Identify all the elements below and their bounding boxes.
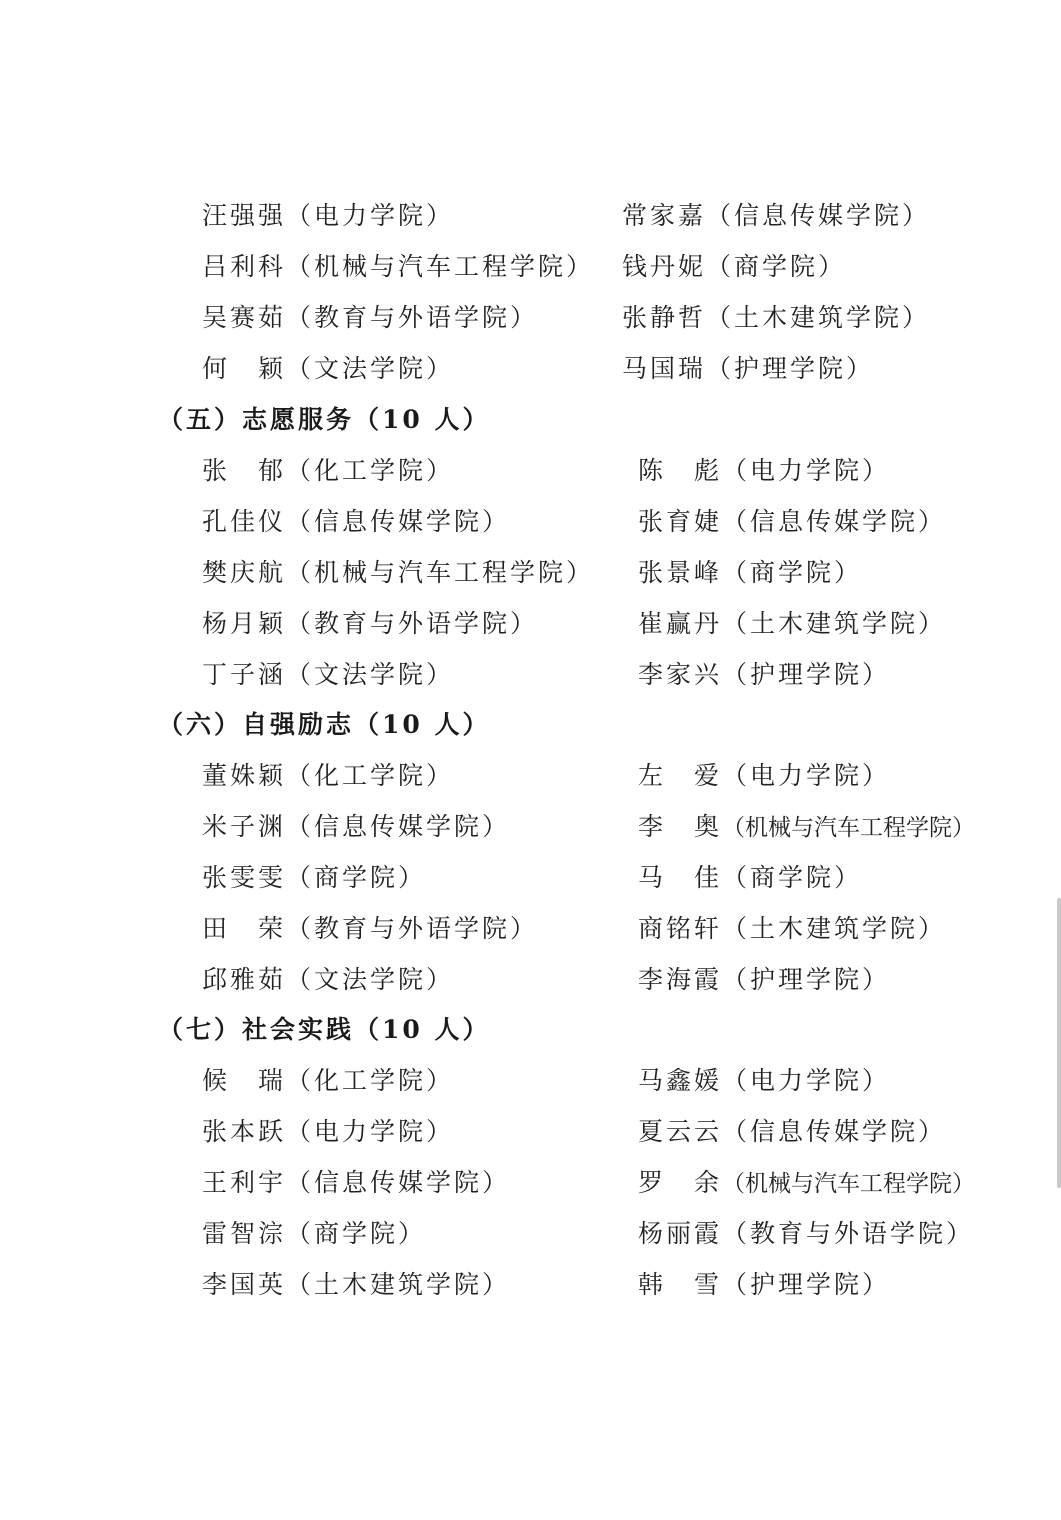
- awardee-college: （信息传媒学院）: [722, 1117, 946, 1146]
- awardee-college: （化工学院）: [286, 456, 454, 485]
- awardee-name: 钱丹妮: [622, 252, 706, 281]
- awardee-name: 张本跃: [202, 1117, 286, 1146]
- list-item: 张本跃（电力学院）: [202, 1112, 454, 1152]
- awardee-college: （机械与汽车工程学院）: [722, 815, 975, 841]
- awardee-name: 吴赛茹: [202, 303, 286, 332]
- list-item: 钱丹妮（商学院）: [622, 247, 846, 287]
- list-item: 米子渊（信息传媒学院）: [202, 807, 510, 847]
- list-item: 董姝颖（化工学院）: [202, 756, 454, 796]
- awardee-name: 常家嘉: [622, 201, 706, 230]
- section-heading-volunteer-service: （五）志愿服务（10 人）: [158, 400, 491, 440]
- list-item: 崔赢丹（土木建筑学院）: [638, 604, 946, 644]
- awardee-name: 崔赢丹: [638, 609, 722, 638]
- awardee-name: 何 颖: [202, 354, 286, 383]
- awardee-name: 邱雅茹: [202, 965, 286, 994]
- awardee-college: （土木建筑学院）: [286, 1270, 510, 1299]
- list-item: 张静哲（土木建筑学院）: [622, 298, 930, 338]
- awardee-college: （教育与外语学院）: [286, 609, 538, 638]
- list-item: 商铭轩（土木建筑学院）: [638, 909, 946, 949]
- awardee-name: 韩 雪: [638, 1270, 722, 1299]
- list-item: 候 瑞（化工学院）: [202, 1061, 454, 1101]
- awardee-college: （化工学院）: [286, 761, 454, 790]
- awardee-college: （机械与汽车工程学院）: [286, 252, 594, 281]
- awardee-college: （文法学院）: [286, 965, 454, 994]
- awardee-name: 马国瑞: [622, 354, 706, 383]
- awardee-name: 李 奥: [638, 812, 722, 841]
- awardee-name: 王利宇: [202, 1168, 286, 1197]
- awardee-name: 董姝颖: [202, 761, 286, 790]
- awardee-college: （文法学院）: [286, 660, 454, 689]
- awardee-college: （教育与外语学院）: [286, 914, 538, 943]
- awardee-name: 马 佳: [638, 863, 722, 892]
- list-item: 陈 彪（电力学院）: [638, 451, 890, 491]
- awardee-name: 夏云云: [638, 1117, 722, 1146]
- awardee-name: 陈 彪: [638, 456, 722, 485]
- awardee-name: 杨丽霞: [638, 1219, 722, 1248]
- list-item: 樊庆航（机械与汽车工程学院）: [202, 553, 594, 593]
- vertical-scrollbar[interactable]: [1057, 898, 1061, 1188]
- awardee-name: 马鑫媛: [638, 1066, 722, 1095]
- awardee-name: 雷智淙: [202, 1219, 286, 1248]
- awardee-college: （信息传媒学院）: [286, 507, 510, 536]
- awardee-college: （土木建筑学院）: [706, 303, 930, 332]
- list-item: 李家兴（护理学院）: [638, 655, 890, 695]
- awardee-name: 李国英: [202, 1270, 286, 1299]
- list-item: 左 爱（电力学院）: [638, 756, 890, 796]
- list-item: 罗 余（机械与汽车工程学院）: [638, 1163, 975, 1203]
- document-page: 汪强强（电力学院） 常家嘉（信息传媒学院） 吕利科（机械与汽车工程学院） 钱丹妮…: [0, 0, 1061, 1520]
- awardee-college: （土木建筑学院）: [722, 609, 946, 638]
- awardee-college: （护理学院）: [706, 354, 874, 383]
- list-item: 杨月颖（教育与外语学院）: [202, 604, 538, 644]
- awardee-name: 米子渊: [202, 812, 286, 841]
- awardee-name: 丁子涵: [202, 660, 286, 689]
- awardee-college: （信息传媒学院）: [286, 1168, 510, 1197]
- list-item: 田 荣（教育与外语学院）: [202, 909, 538, 949]
- awardee-college: （机械与汽车工程学院）: [722, 1171, 975, 1197]
- list-item: 马国瑞（护理学院）: [622, 349, 874, 389]
- list-item: 马鑫媛（电力学院）: [638, 1061, 890, 1101]
- list-item: 张育婕（信息传媒学院）: [638, 502, 946, 542]
- awardee-college: （土木建筑学院）: [722, 914, 946, 943]
- awardee-college: （电力学院）: [722, 456, 890, 485]
- awardee-college: （文法学院）: [286, 354, 454, 383]
- awardee-college: （护理学院）: [722, 660, 890, 689]
- awardee-college: （护理学院）: [722, 1270, 890, 1299]
- awardee-college: （信息传媒学院）: [286, 812, 510, 841]
- awardee-name: 田 荣: [202, 914, 286, 943]
- list-item: 丁子涵（文法学院）: [202, 655, 454, 695]
- list-item: 李 奥（机械与汽车工程学院）: [638, 807, 975, 847]
- awardee-name: 商铭轩: [638, 914, 722, 943]
- awardee-name: 汪强强: [202, 201, 286, 230]
- awardee-name: 孔佳仪: [202, 507, 286, 536]
- awardee-college: （化工学院）: [286, 1066, 454, 1095]
- awardee-name: 张静哲: [622, 303, 706, 332]
- awardee-college: （机械与汽车工程学院）: [286, 558, 594, 587]
- awardee-name: 杨月颖: [202, 609, 286, 638]
- list-item: 邱雅茹（文法学院）: [202, 960, 454, 1000]
- list-item: 杨丽霞（教育与外语学院）: [638, 1214, 974, 1254]
- awardee-name: 李海霞: [638, 965, 722, 994]
- list-item: 雷智淙（商学院）: [202, 1214, 426, 1254]
- awardee-name: 李家兴: [638, 660, 722, 689]
- awardee-name: 候 瑞: [202, 1066, 286, 1095]
- awardee-college: （商学院）: [286, 1219, 426, 1248]
- awardee-name: 左 爱: [638, 761, 722, 790]
- list-item: 李国英（土木建筑学院）: [202, 1265, 510, 1305]
- section-heading-self-improvement: （六）自强励志（10 人）: [158, 705, 491, 745]
- awardee-name: 罗 余: [638, 1168, 722, 1197]
- list-item: 王利宇（信息传媒学院）: [202, 1163, 510, 1203]
- list-item: 夏云云（信息传媒学院）: [638, 1112, 946, 1152]
- list-item: 张 郁（化工学院）: [202, 451, 454, 491]
- awardee-college: （教育与外语学院）: [286, 303, 538, 332]
- list-item: 吴赛茹（教育与外语学院）: [202, 298, 538, 338]
- list-item: 汪强强（电力学院）: [202, 196, 454, 236]
- awardee-college: （信息传媒学院）: [706, 201, 930, 230]
- awardee-name: 张 郁: [202, 456, 286, 485]
- awardee-college: （信息传媒学院）: [722, 507, 946, 536]
- list-item: 吕利科（机械与汽车工程学院）: [202, 247, 594, 287]
- awardee-name: 张景峰: [638, 558, 722, 587]
- list-item: 李海霞（护理学院）: [638, 960, 890, 1000]
- awardee-college: （商学院）: [286, 863, 426, 892]
- list-item: 何 颖（文法学院）: [202, 349, 454, 389]
- awardee-college: （电力学院）: [722, 1066, 890, 1095]
- awardee-college: （商学院）: [706, 252, 846, 281]
- awardee-name: 张育婕: [638, 507, 722, 536]
- awardee-college: （电力学院）: [286, 1117, 454, 1146]
- awardee-college: （电力学院）: [286, 201, 454, 230]
- awardee-college: （护理学院）: [722, 965, 890, 994]
- awardee-college: （商学院）: [722, 863, 862, 892]
- awardee-college: （教育与外语学院）: [722, 1219, 974, 1248]
- awardee-name: 吕利科: [202, 252, 286, 281]
- list-item: 孔佳仪（信息传媒学院）: [202, 502, 510, 542]
- list-item: 常家嘉（信息传媒学院）: [622, 196, 930, 236]
- list-item: 马 佳（商学院）: [638, 858, 862, 898]
- list-item: 韩 雪（护理学院）: [638, 1265, 890, 1305]
- list-item: 张景峰（商学院）: [638, 553, 862, 593]
- awardee-name: 张雯雯: [202, 863, 286, 892]
- awardee-name: 樊庆航: [202, 558, 286, 587]
- section-heading-social-practice: （七）社会实践（10 人）: [158, 1010, 491, 1050]
- awardee-college: （电力学院）: [722, 761, 890, 790]
- awardee-college: （商学院）: [722, 558, 862, 587]
- list-item: 张雯雯（商学院）: [202, 858, 426, 898]
